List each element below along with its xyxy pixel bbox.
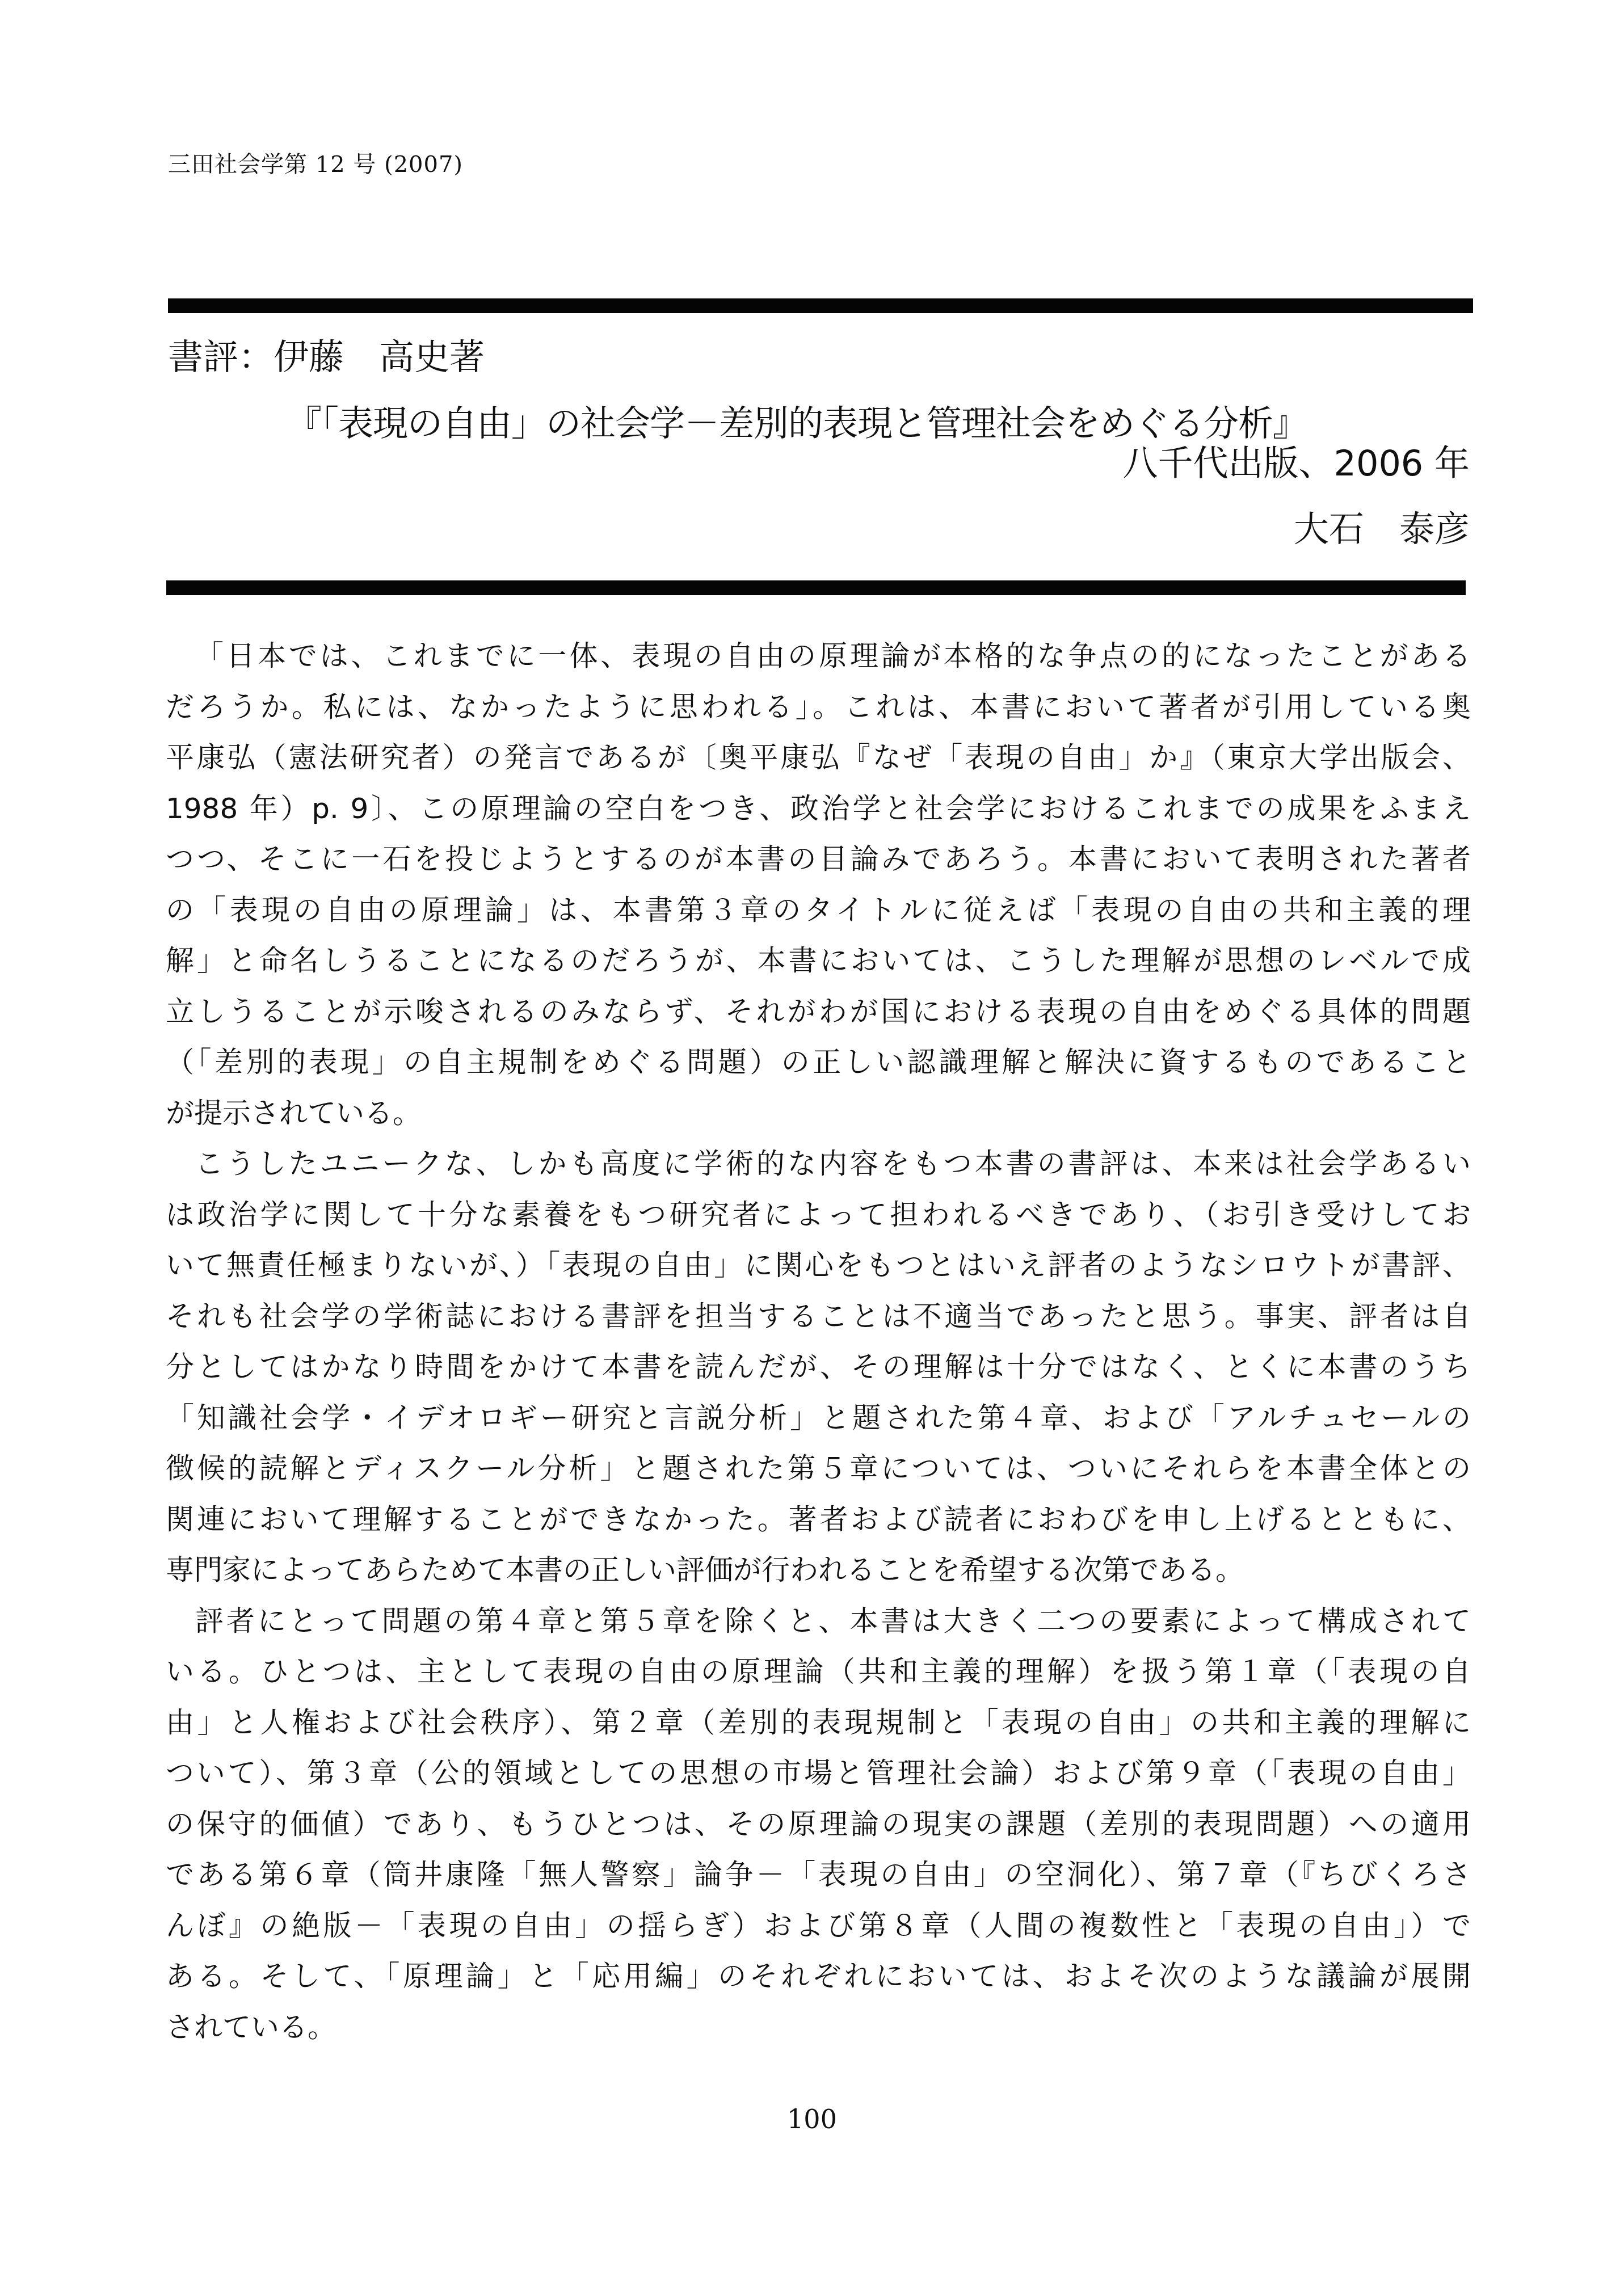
publisher-info: 八千代出版、2006 年 xyxy=(1123,441,1470,486)
review-label: 書評：伊藤 xyxy=(168,336,344,378)
reviewer-family-name: 大石 xyxy=(1294,508,1364,550)
review-heading: 書評：伊藤高史著 xyxy=(168,335,485,380)
reviewer-given-name: 泰彦 xyxy=(1399,508,1470,550)
body-line: こうしたユニークな、しかも高度に学術的な内容をもつ本書の書評は、本来は社会学ある… xyxy=(166,1139,1471,1190)
paragraph: 評者にとって問題の第４章と第５章を除くと、本書は大きく二つの要素によって構成され… xyxy=(166,1596,1471,2053)
paragraph: 「日本では、これまでに一体、表現の自由の原理論が本格的な争点の的になったことがあ… xyxy=(166,631,1471,1139)
body-line: それも社会学の学術誌における書評を担当することは不適当であったと思う。事実、評者… xyxy=(166,1291,1471,1342)
body-line: 立しうることが示唆されるのみならず、それがわが国における表現の自由をめぐる具体的… xyxy=(166,987,1471,1038)
body-text: 「日本では、これまでに一体、表現の自由の原理論が本格的な争点の的になったことがあ… xyxy=(166,631,1471,2053)
book-author: 高史著 xyxy=(379,336,485,378)
body-line: が提示されている。 xyxy=(166,1088,1471,1139)
body-line: ある。そして、「原理論」と「応用編」のそれぞれにおいては、およそ次のような議論が… xyxy=(166,1951,1471,2002)
body-line: 「日本では、これまでに一体、表現の自由の原理論が本格的な争点の的になったことがあ… xyxy=(166,631,1471,682)
body-line: 関連において理解することができなかった。著者および読者におわびを申し上げるととも… xyxy=(166,1494,1471,1546)
body-line: 1988 年）p. 9〕、この原理論の空白をつき、政治学と社会学におけるこれまで… xyxy=(166,784,1471,835)
top-rule xyxy=(168,298,1473,313)
body-line: 解」と命名しうることになるのだろうが、本書においては、こうした理解が思想のレベル… xyxy=(166,936,1471,987)
paragraph: こうしたユニークな、しかも高度に学術的な内容をもつ本書の書評は、本来は社会学ある… xyxy=(166,1139,1471,1596)
bottom-rule xyxy=(166,580,1466,595)
body-line: （「差別的表現」の自主規制をめぐる問題）の正しい認識理解と解決に資するものである… xyxy=(166,1037,1471,1088)
body-line: 評者にとって問題の第４章と第５章を除くと、本書は大きく二つの要素によって構成され… xyxy=(166,1596,1471,1647)
body-line: んぼ』の絶版－「表現の自由」の揺らぎ）および第８章（人間の複数性と「表現の自由」… xyxy=(166,1901,1471,1952)
reviewer-name: 大石泰彦 xyxy=(1294,507,1470,552)
body-line: である第６章（筒井康隆「無人警察」論争－「表現の自由」の空洞化）、第７章（『ちび… xyxy=(166,1850,1471,1901)
body-line: 専門家によってあらためて本書の正しい評価が行われることを希望する次第である。 xyxy=(166,1545,1471,1596)
body-line: ついて）、第３章（公的領域としての思想の市場と管理社会論）および第９章（「表現の… xyxy=(166,1748,1471,1799)
book-title: 『「表現の自由」の社会学－差別的表現と管理社会をめぐる分析』 xyxy=(287,402,1307,446)
body-line: は政治学に関して十分な素養をもつ研究者によって担われるべきであり、（お引き受けし… xyxy=(166,1190,1471,1241)
body-line: つつ、そこに一石を投じようとするのが本書の目論みであろう。本書において表明された… xyxy=(166,834,1471,885)
body-line: の保守的価値）であり、もうひとつは、その原理論の現実の課題（差別的表現問題）への… xyxy=(166,1799,1471,1850)
body-line: 徴候的読解とディスクール分析」と題された第５章については、ついにそれらを本書全体… xyxy=(166,1443,1471,1494)
body-line: 平康弘（憲法研究者）の発言であるが〔奥平康弘『なぜ「表現の自由」か』（東京大学出… xyxy=(166,732,1471,784)
journal-header: 三田社会学第 12 号 (2007) xyxy=(168,149,463,180)
body-line: 分としてはかなり時間をかけて本書を読んだが、その理解は十分ではなく、とくに本書の… xyxy=(166,1342,1471,1393)
body-line: の「表現の自由の原理論」は、本書第３章のタイトルに従えば「表現の自由の共和主義的… xyxy=(166,885,1471,936)
body-line: されている。 xyxy=(166,2002,1471,2053)
body-line: 「知識社会学・イデオロギー研究と言説分析」と題された第４章、および「アルチュセー… xyxy=(166,1393,1471,1444)
page-number: 100 xyxy=(0,2102,1624,2136)
body-line: だろうか。私には、なかったように思われる」。これは、本書において著者が引用してい… xyxy=(166,682,1471,733)
body-line: いて無責任極まりないが、）「表現の自由」に関心をもつとはいえ評者のようなシロウト… xyxy=(166,1240,1471,1291)
body-line: 由」と人権および社会秩序）、第２章（差別的表現規制と「表現の自由」の共和主義的理… xyxy=(166,1698,1471,1749)
body-line: いる。ひとつは、主として表現の自由の原理論（共和主義的理解）を扱う第１章（「表現… xyxy=(166,1646,1471,1698)
